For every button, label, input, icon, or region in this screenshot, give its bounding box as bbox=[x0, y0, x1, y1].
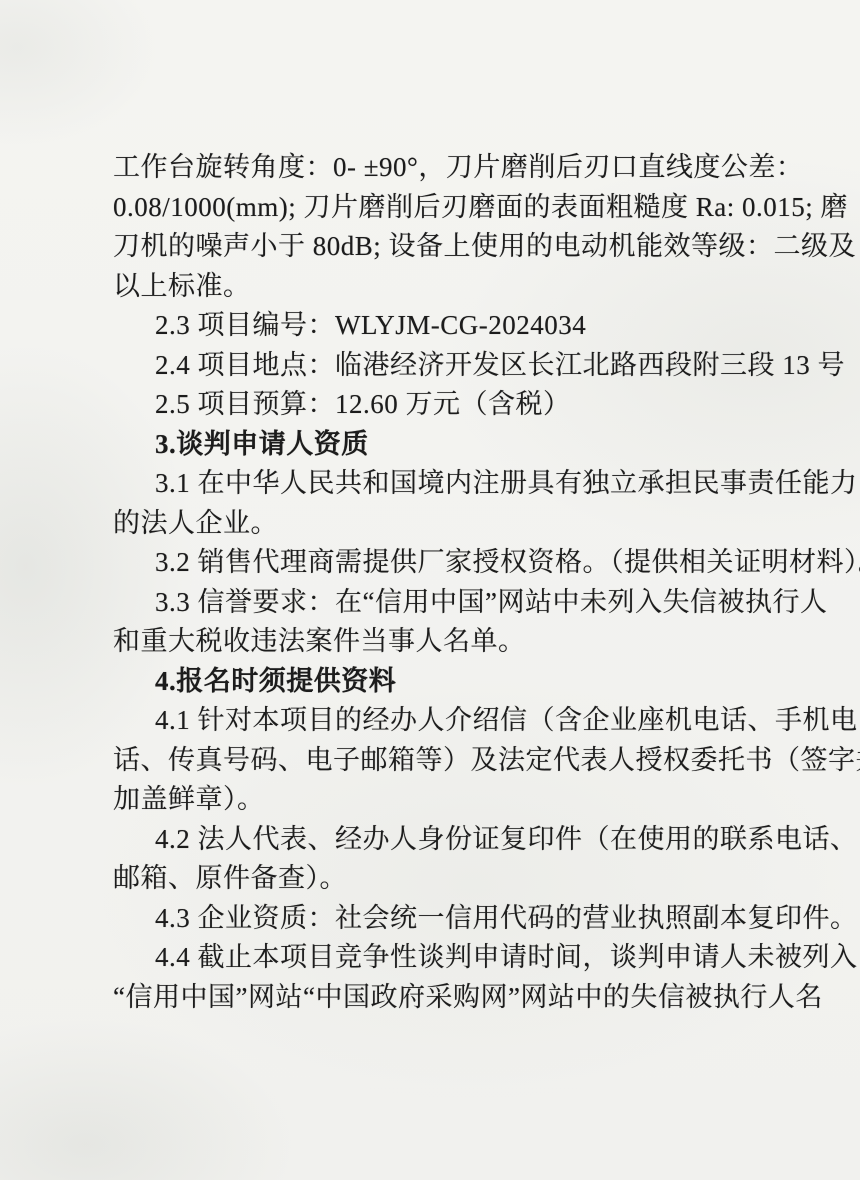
text-line: 加盖鲜章）。 bbox=[113, 780, 765, 820]
text-line: 0.08/1000(mm); 刀片磨削后刃磨面的表面粗糙度 Ra: 0.015;… bbox=[113, 188, 765, 228]
text-line: 4.1 针对本项目的经办人介绍信（含企业座机电话、手机电 bbox=[113, 701, 765, 741]
text-line: 以上标准。 bbox=[113, 267, 765, 307]
text-line: 2.3 项目编号：WLYJM-CG-2024034 bbox=[113, 306, 765, 346]
section-heading-line: 4.报名时须提供资料 bbox=[113, 662, 765, 702]
text-line: “信用中国”网站“中国政府采购网”网站中的失信被执行人名 bbox=[113, 978, 765, 1018]
text-line: 4.4 截止本项目竞争性谈判申请时间，谈判申请人未被列入 bbox=[113, 938, 765, 978]
text-line: 4.3 企业资质：社会统一信用代码的营业执照副本复印件。 bbox=[113, 899, 765, 939]
text-line: 工作台旋转角度：0- ±90°，刀片磨削后刃口直线度公差： bbox=[113, 148, 765, 188]
text-line: 4.2 法人代表、经办人身份证复印件（在使用的联系电话、 bbox=[113, 820, 765, 860]
text-line: 的法人企业。 bbox=[113, 504, 765, 544]
text-line: 话、传真号码、电子邮箱等）及法定代表人授权委托书（签字并 bbox=[113, 741, 765, 781]
text-line: 3.3 信誉要求：在“信用中国”网站中未列入失信被执行人 bbox=[113, 583, 765, 623]
text-line: 3.2 销售代理商需提供厂家授权资格。（提供相关证明材料）。 bbox=[113, 543, 765, 583]
text-line: 2.5 项目预算：12.60 万元（含税） bbox=[113, 385, 765, 425]
text-line: 2.4 项目地点：临港经济开发区长江北路西段附三段 13 号 bbox=[113, 346, 765, 386]
text-line: 刀机的噪声小于 80dB; 设备上使用的电动机能效等级：二级及 bbox=[113, 227, 765, 267]
text-line: 和重大税收违法案件当事人名单。 bbox=[113, 622, 765, 662]
document-text-block: 工作台旋转角度：0- ±90°，刀片磨削后刃口直线度公差：0.08/1000(m… bbox=[113, 148, 765, 1017]
section-heading-line: 3.谈判申请人资质 bbox=[113, 425, 765, 465]
text-line: 邮箱、原件备查）。 bbox=[113, 859, 765, 899]
text-line: 3.1 在中华人民共和国境内注册具有独立承担民事责任能力 bbox=[113, 464, 765, 504]
scanned-document-page: 工作台旋转角度：0- ±90°，刀片磨削后刃口直线度公差：0.08/1000(m… bbox=[0, 0, 860, 1180]
